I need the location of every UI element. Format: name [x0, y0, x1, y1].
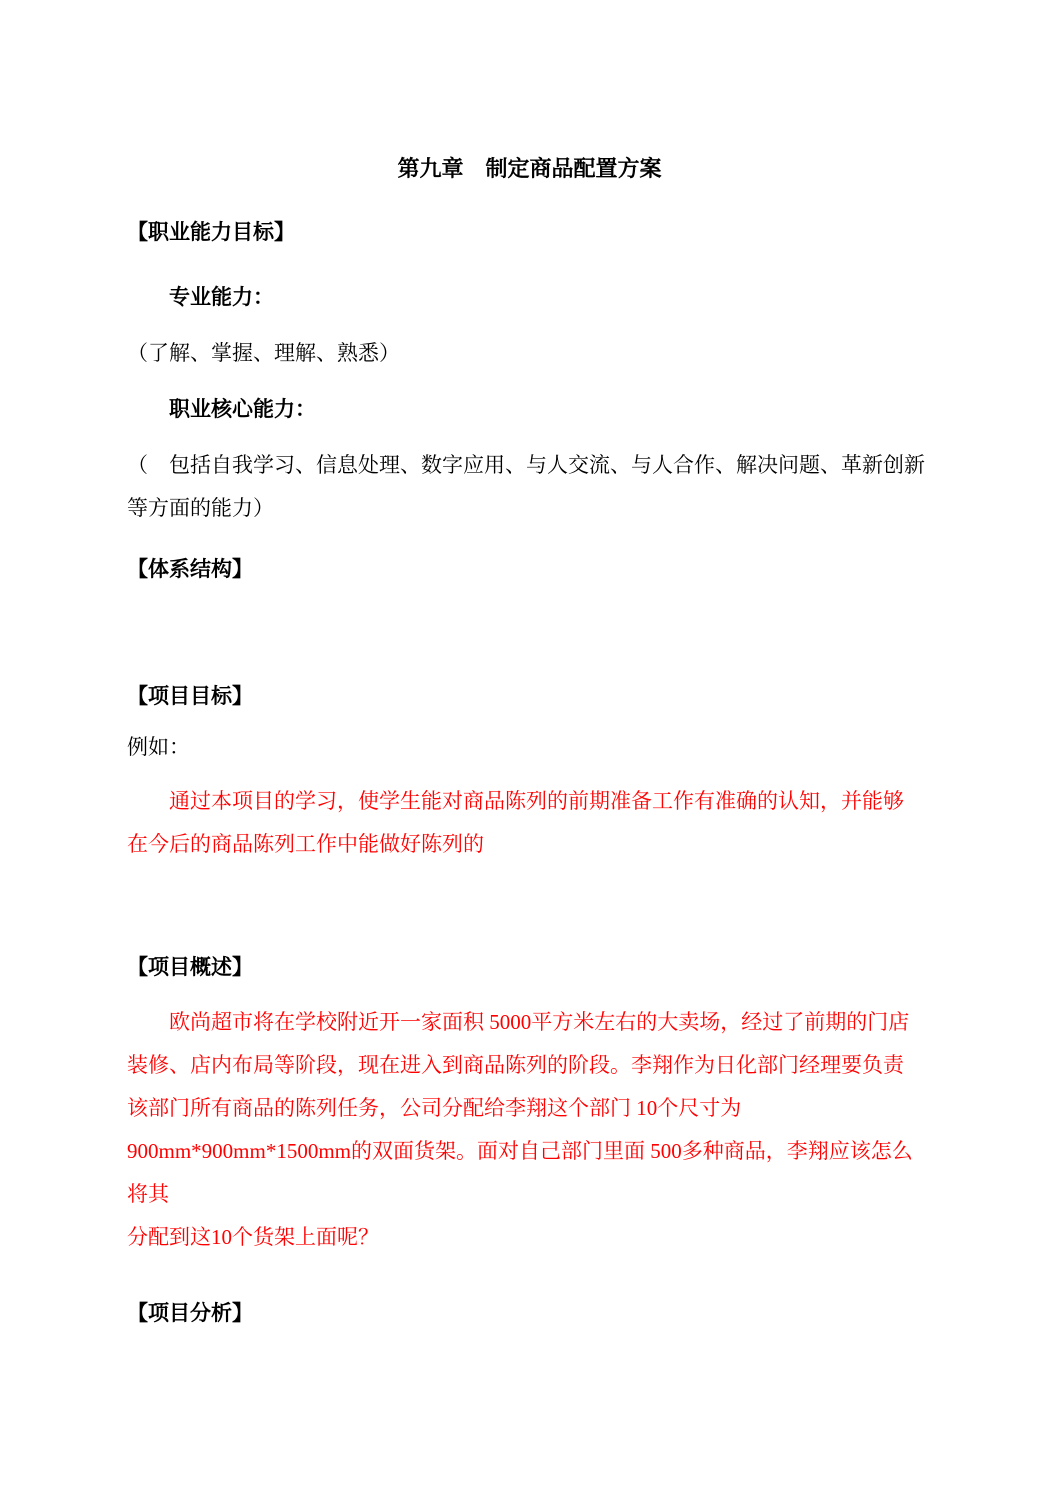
section-heading-project-goal: 【项目目标】 — [127, 675, 933, 718]
text-line: 装修、店内布局等阶段，现在进入到商品陈列的阶段。李翔作为日化部门经理要负责 — [127, 1044, 933, 1087]
text-line: 在今后的商品陈列工作中能做好陈列的 — [127, 823, 933, 866]
text-line: 该部门所有商品的陈列任务，公司分配给李翔这个部门 10个尺寸为 — [127, 1087, 933, 1130]
text-line: 分配到这10个货架上面呢？ — [127, 1216, 933, 1259]
section-heading-career-ability-goals: 【职业能力目标】 — [127, 211, 933, 254]
text-line: （ 包括自我学习、信息处理、数字应用、与人交流、与人合作、解决问题、革新创新 — [127, 444, 933, 487]
paragraph-core-scope: （ 包括自我学习、信息处理、数字应用、与人交流、与人合作、解决问题、革新创新 等… — [127, 444, 933, 530]
text-line: 等方面的能力） — [127, 487, 933, 530]
subheading-professional-ability: 专业能力： — [127, 276, 933, 319]
example-label: 例如： — [127, 726, 933, 769]
paragraph-project-overview: 欧尚超市将在学校附近开一家面积 5000平方米左右的大卖场，经过了前期的门店 装… — [127, 1001, 933, 1259]
document-page: 第九章 制定商品配置方案 【职业能力目标】 专业能力： （了解、掌握、理解、熟悉… — [0, 0, 1059, 1497]
paragraph-project-goal: 通过本项目的学习，使学生能对商品陈列的前期准备工作有准确的认知，并能够 在今后的… — [127, 780, 933, 866]
section-heading-system-structure: 【体系结构】 — [127, 548, 933, 591]
section-heading-project-analysis: 【项目分析】 — [127, 1292, 933, 1335]
text-line: 通过本项目的学习，使学生能对商品陈列的前期准备工作有准确的认知，并能够 — [127, 780, 933, 823]
text-line: 900mm*900mm*1500mm的双面货架。面对自己部门里面 500多种商品… — [127, 1130, 933, 1216]
chapter-title: 第九章 制定商品配置方案 — [0, 147, 1059, 190]
subheading-core-ability: 职业核心能力： — [127, 388, 933, 431]
paragraph-professional-scope: （了解、掌握、理解、熟悉） — [127, 332, 933, 375]
text-line: 欧尚超市将在学校附近开一家面积 5000平方米左右的大卖场，经过了前期的门店 — [127, 1001, 933, 1044]
section-heading-project-overview: 【项目概述】 — [127, 946, 933, 989]
